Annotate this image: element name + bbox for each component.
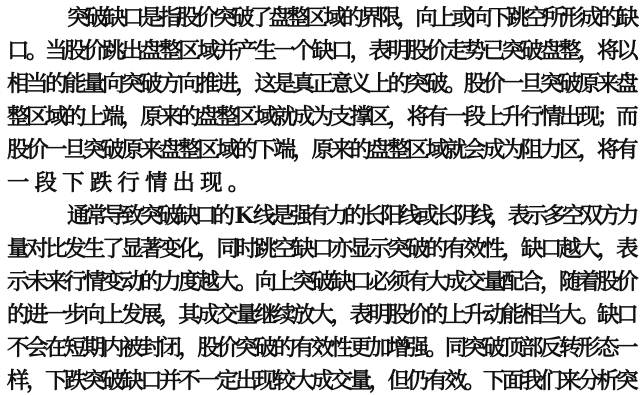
text-line: 口。当股价跳出盘整区域并产生一个缺口，表明股价走势已突破盘整，将以 xyxy=(7,35,635,68)
text-line: 的进一步向上发展，其成交量继续放大，表明股价的上升动能相当大。缺口 xyxy=(7,299,635,332)
paragraph-breakaway-gap-definition: 突破缺口是指股价突破了盘整区域的界限，向上或向下跳空所形成的缺 口。当股价跳出盘… xyxy=(7,2,635,200)
text-line: 示未来行情变动的力度越大。向上突破缺口必须有大成交量配合，随着股价 xyxy=(7,266,635,299)
text-line: 股价一旦突破原来盘整区域的下端，原来的盘整区域就会成为阻力区，将有 xyxy=(7,134,635,167)
text-line: 突破缺口是指股价突破了盘整区域的界限，向上或向下跳空所形成的缺 xyxy=(7,2,635,35)
document-page: 突破缺口是指股价突破了盘整区域的界限，向上或向下跳空所形成的缺 口。当股价跳出盘… xyxy=(0,0,641,395)
text-line: 不会在短期内被封闭，股价突破的有效性更加增强。同突破顶部反转形态一 xyxy=(7,332,635,365)
text-line: 整区域的上端，原来的盘整区域就成为支撑区，将有一段上升行情出现；而 xyxy=(7,101,635,134)
paragraph-breakaway-gap-volume: 通常导致突破缺口的 K 线是强有力的长阳线或长阴线，表示多空双方力 量对比发生了… xyxy=(7,200,635,395)
text-line: 样，下跌突破缺口并不一定出现较大成交量，但仍有效。下面我们来分析突 xyxy=(7,365,635,395)
text-line: 通常导致突破缺口的 K 线是强有力的长阳线或长阴线，表示多空双方力 xyxy=(7,200,635,233)
text-line: 一段下跌行情出现。 xyxy=(7,167,635,200)
text-line: 量对比发生了显著变化，同时跳空缺口亦显示突破的有效性，缺口越大，表 xyxy=(7,233,635,266)
text-line: 相当的能量向突破方向推进，这是真正意义上的突破。股价一旦突破原来盘 xyxy=(7,68,635,101)
